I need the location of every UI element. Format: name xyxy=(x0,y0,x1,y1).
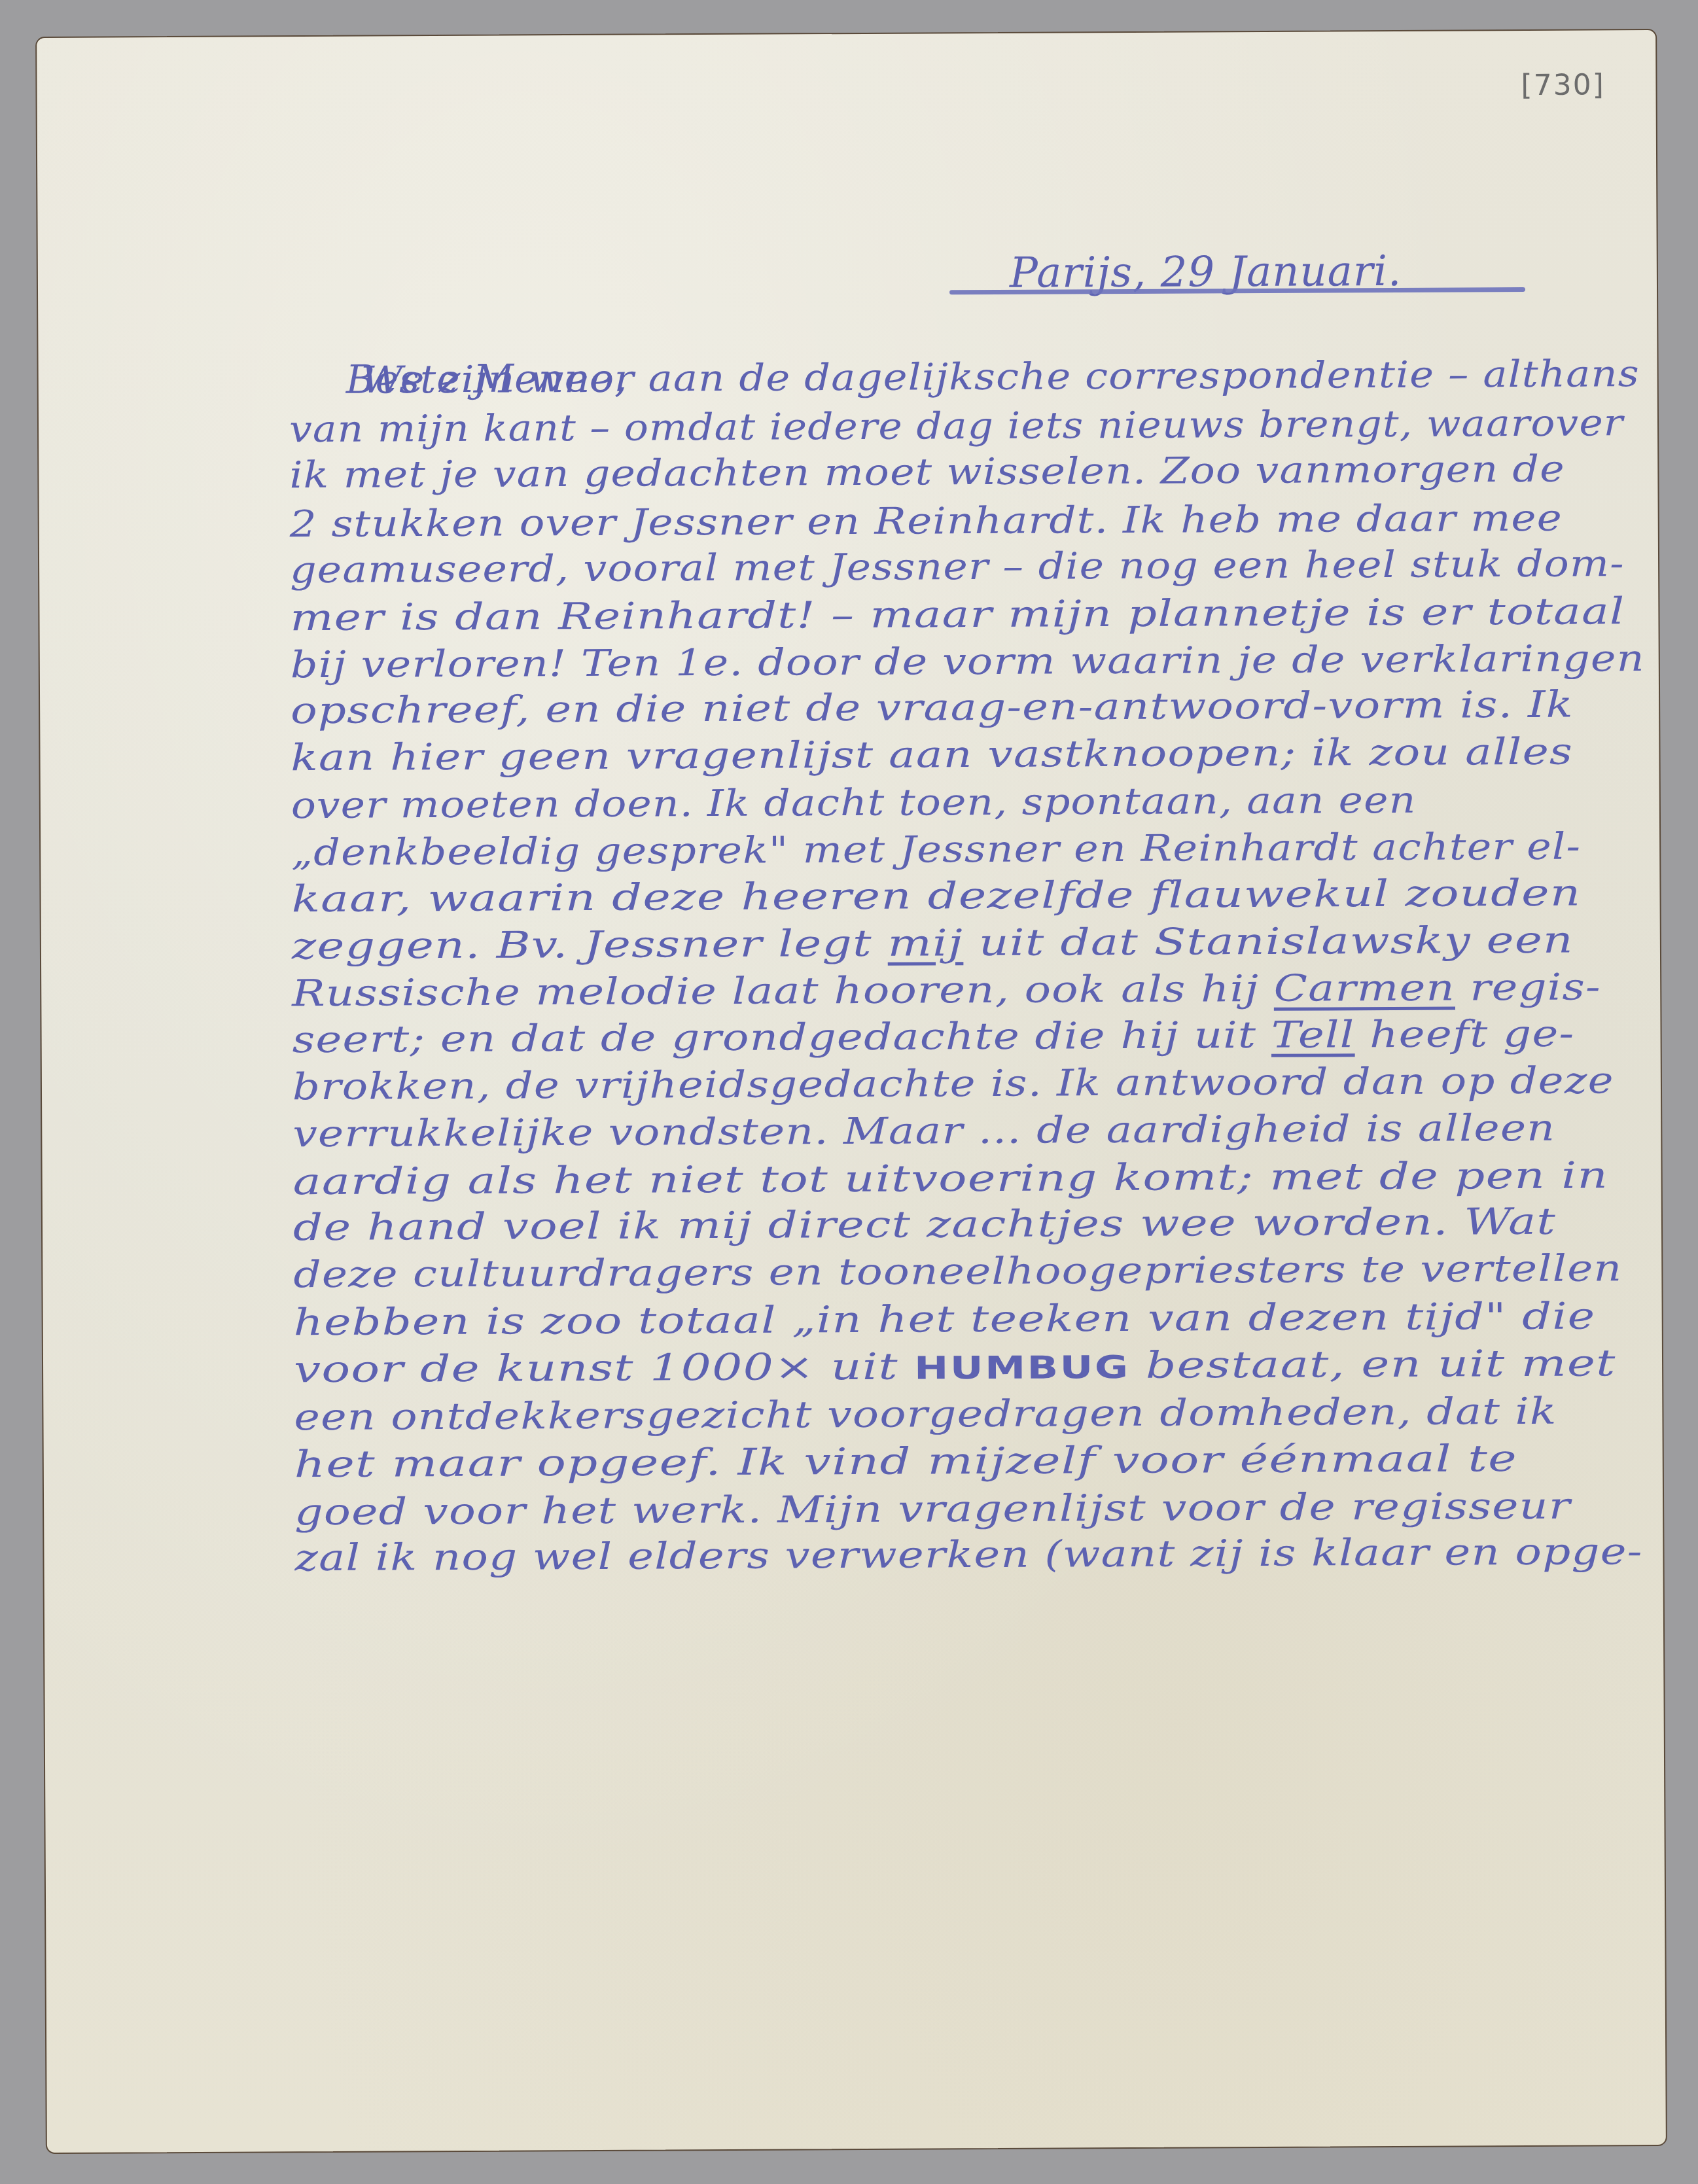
letter-line: 2 stukken over Jessner en Reinhardt. Ik … xyxy=(290,497,1563,546)
letter-line: brokken, de vrijheidsgedachte is. Ik ant… xyxy=(292,1059,1614,1108)
letter-line: de hand voel ik mij direct zachtjes wee … xyxy=(293,1201,1556,1249)
letter-line: een ontdekkersgezicht voorgedragen domhe… xyxy=(294,1390,1557,1439)
letter-body: We zijn weer aan de dagelijksche corresp… xyxy=(37,30,1655,38)
letter-line: kan hier geen vragenlijst aan vastknoope… xyxy=(291,731,1573,780)
underlined-word: Tell xyxy=(1271,1013,1355,1057)
line-text: uit dat Stanislawsky een xyxy=(963,919,1574,965)
line-text: kan hier geen vragenlijst aan vastknoope… xyxy=(291,731,1573,780)
letter-line: zal ik nog wel elders verwerken (want zi… xyxy=(294,1530,1642,1579)
letter-page: [730] Parijs, 29 Januari. Beste Menno, W… xyxy=(35,29,1667,2154)
line-text: „denkbeeldig gesprek" met Jessner en Rei… xyxy=(291,826,1581,875)
line-text: regis- xyxy=(1455,966,1601,1009)
line-text: voor de kunst 1000× uit xyxy=(294,1346,914,1392)
letter-line: goed voor het werk. Mijn vragenlijst voo… xyxy=(294,1485,1571,1534)
line-text: goed voor het werk. Mijn vragenlijst voo… xyxy=(294,1485,1571,1534)
letter-line: van mijn kant – omdat iedere dag iets ni… xyxy=(289,402,1623,451)
letter-line: Russische melodie laat hooren, ook als h… xyxy=(292,966,1601,1015)
line-text: 2 stukken over Jessner en Reinhardt. Ik … xyxy=(290,497,1563,546)
line-text: van mijn kant – omdat iedere dag iets ni… xyxy=(289,402,1623,451)
letter-line: hebben is zoo totaal „in het teeken van … xyxy=(294,1295,1596,1344)
line-text: bestaat, en uit met xyxy=(1129,1342,1616,1387)
line-text: zeggen. Bv. Jessner legt xyxy=(292,923,888,968)
letter-line: seert; en dat de grondgedachte die hij u… xyxy=(292,1013,1574,1062)
letter-line: over moeten doen. Ik dacht toen, spontaa… xyxy=(291,779,1417,827)
line-text: geamuseerd, vooral met Jessner – die nog… xyxy=(290,542,1625,591)
line-text: brokken, de vrijheidsgedachte is. Ik ant… xyxy=(292,1059,1614,1108)
letter-line: We zijn weer aan de dagelijksche corresp… xyxy=(361,353,1640,402)
line-text: seert; en dat de grondgedachte die hij u… xyxy=(292,1014,1271,1061)
line-text: aardig als het niet tot uitvoering komt;… xyxy=(293,1154,1609,1203)
underlined-word: Carmen xyxy=(1274,966,1455,1010)
line-text: ik met je van gedachten moet wisselen. Z… xyxy=(289,448,1565,497)
line-text: bij verloren! Ten 1e. door de vorm waari… xyxy=(291,637,1645,686)
letter-line: ik met je van gedachten moet wisselen. Z… xyxy=(289,448,1565,497)
line-text: Russische melodie laat hooren, ook als h… xyxy=(292,968,1274,1015)
letter-line: opschreef, en die niet de vraag-en-antwo… xyxy=(291,684,1574,733)
letter-line: mer is dan Reinhardt! – maar mijn planne… xyxy=(290,590,1625,639)
line-text: verrukkelijke vondsten. Maar … de aardig… xyxy=(292,1107,1555,1155)
letter-line: bij verloren! Ten 1e. door de vorm waari… xyxy=(291,637,1645,686)
line-text: mer is dan Reinhardt! – maar mijn planne… xyxy=(290,590,1625,639)
letter-line: geamuseerd, vooral met Jessner – die nog… xyxy=(290,542,1625,591)
underlined-word: mij xyxy=(887,922,963,965)
line-text: hebben is zoo totaal „in het teeken van … xyxy=(294,1295,1596,1344)
archive-number: [730] xyxy=(1521,68,1605,102)
line-text: We zijn weer aan de dagelijksche corresp… xyxy=(361,353,1640,402)
line-text: zal ik nog wel elders verwerken (want zi… xyxy=(294,1530,1642,1579)
line-text: de hand voel ik mij direct zachtjes wee … xyxy=(293,1201,1556,1249)
line-text: over moeten doen. Ik dacht toen, spontaa… xyxy=(291,779,1417,827)
letter-line: kaar, waarin deze heeren dezelfde flauwe… xyxy=(291,872,1581,921)
letter-line: aardig als het niet tot uitvoering komt;… xyxy=(293,1154,1609,1203)
capitalized-word: HUMBUG xyxy=(914,1349,1130,1387)
letter-line: deze cultuurdragers en tooneelhoogepries… xyxy=(293,1247,1622,1296)
letter-line: het maar opgeef. Ik vind mijzelf voor éé… xyxy=(294,1437,1517,1486)
letter-line: zeggen. Bv. Jessner legt mij uit dat Sta… xyxy=(292,919,1574,968)
line-text: het maar opgeef. Ik vind mijzelf voor éé… xyxy=(294,1437,1517,1486)
line-text: heeft ge- xyxy=(1354,1013,1574,1057)
letter-line: voor de kunst 1000× uit HUMBUG bestaat, … xyxy=(294,1342,1616,1391)
letter-line: verrukkelijke vondsten. Maar … de aardig… xyxy=(292,1107,1555,1155)
line-text: opschreef, en die niet de vraag-en-antwo… xyxy=(291,684,1574,733)
letter-line: „denkbeeldig gesprek" met Jessner en Rei… xyxy=(291,826,1581,875)
line-text: deze cultuurdragers en tooneelhoogepries… xyxy=(293,1247,1622,1296)
line-text: een ontdekkersgezicht voorgedragen domhe… xyxy=(294,1390,1557,1439)
line-text: kaar, waarin deze heeren dezelfde flauwe… xyxy=(291,872,1581,921)
